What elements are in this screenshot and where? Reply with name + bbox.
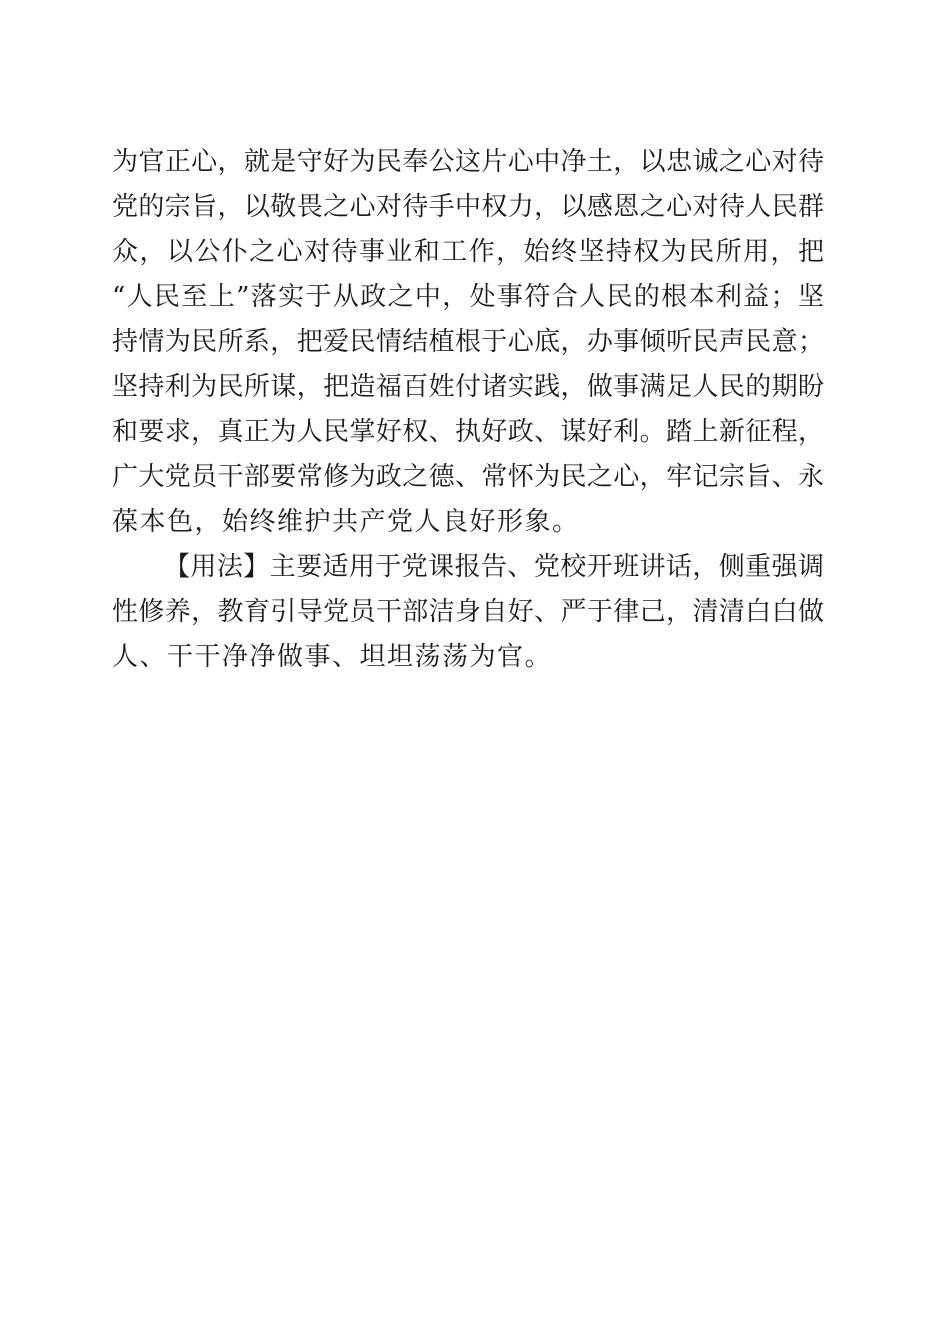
text-line: “人民至上”落实于从政之中，处事符合人民的根本利益；坚: [112, 275, 824, 320]
text-line: 众，以公仆之心对待事业和工作，始终坚持权为民所用，把: [112, 230, 824, 275]
text-line: 人、干干净净做事、坦坦荡荡为官。: [112, 635, 824, 680]
text-line: 和要求，真正为人民掌好权、执好政、谋好利。踏上新征程，: [112, 410, 824, 455]
text-line: 坚持利为民所谋，把造福百姓付诸实践，做事满足人民的期盼: [112, 365, 824, 410]
paragraph-usage-note: 【用法】主要适用于党课报告、党校开班讲话，侧重强调党 性修养，教育引导党员干部洁…: [112, 545, 824, 680]
text-line: 持情为民所系，把爱民情结植根于心底，办事倾听民声民意；: [112, 320, 824, 365]
text-line: 葆本色，始终维护共产党人良好形象。: [112, 500, 824, 545]
text-line: 为官正心，就是守好为民奉公这片心中净土，以忠诚之心对待: [112, 140, 824, 185]
text-line: 广大党员干部要常修为政之德、常怀为民之心，牢记宗旨、永: [112, 455, 824, 500]
text-line: 党的宗旨，以敬畏之心对待手中权力，以感恩之心对待人民群: [112, 185, 824, 230]
document-page: 为官正心，就是守好为民奉公这片心中净土，以忠诚之心对待 党的宗旨，以敬畏之心对待…: [0, 0, 950, 1344]
text-line: 【用法】主要适用于党课报告、党校开班讲话，侧重强调党: [112, 545, 824, 590]
paragraph-body: 为官正心，就是守好为民奉公这片心中净土，以忠诚之心对待 党的宗旨，以敬畏之心对待…: [112, 140, 824, 545]
text-line: 性修养，教育引导党员干部洁身自好、严于律己，清清白白做: [112, 590, 824, 635]
text-block: 为官正心，就是守好为民奉公这片心中净土，以忠诚之心对待 党的宗旨，以敬畏之心对待…: [112, 140, 824, 680]
